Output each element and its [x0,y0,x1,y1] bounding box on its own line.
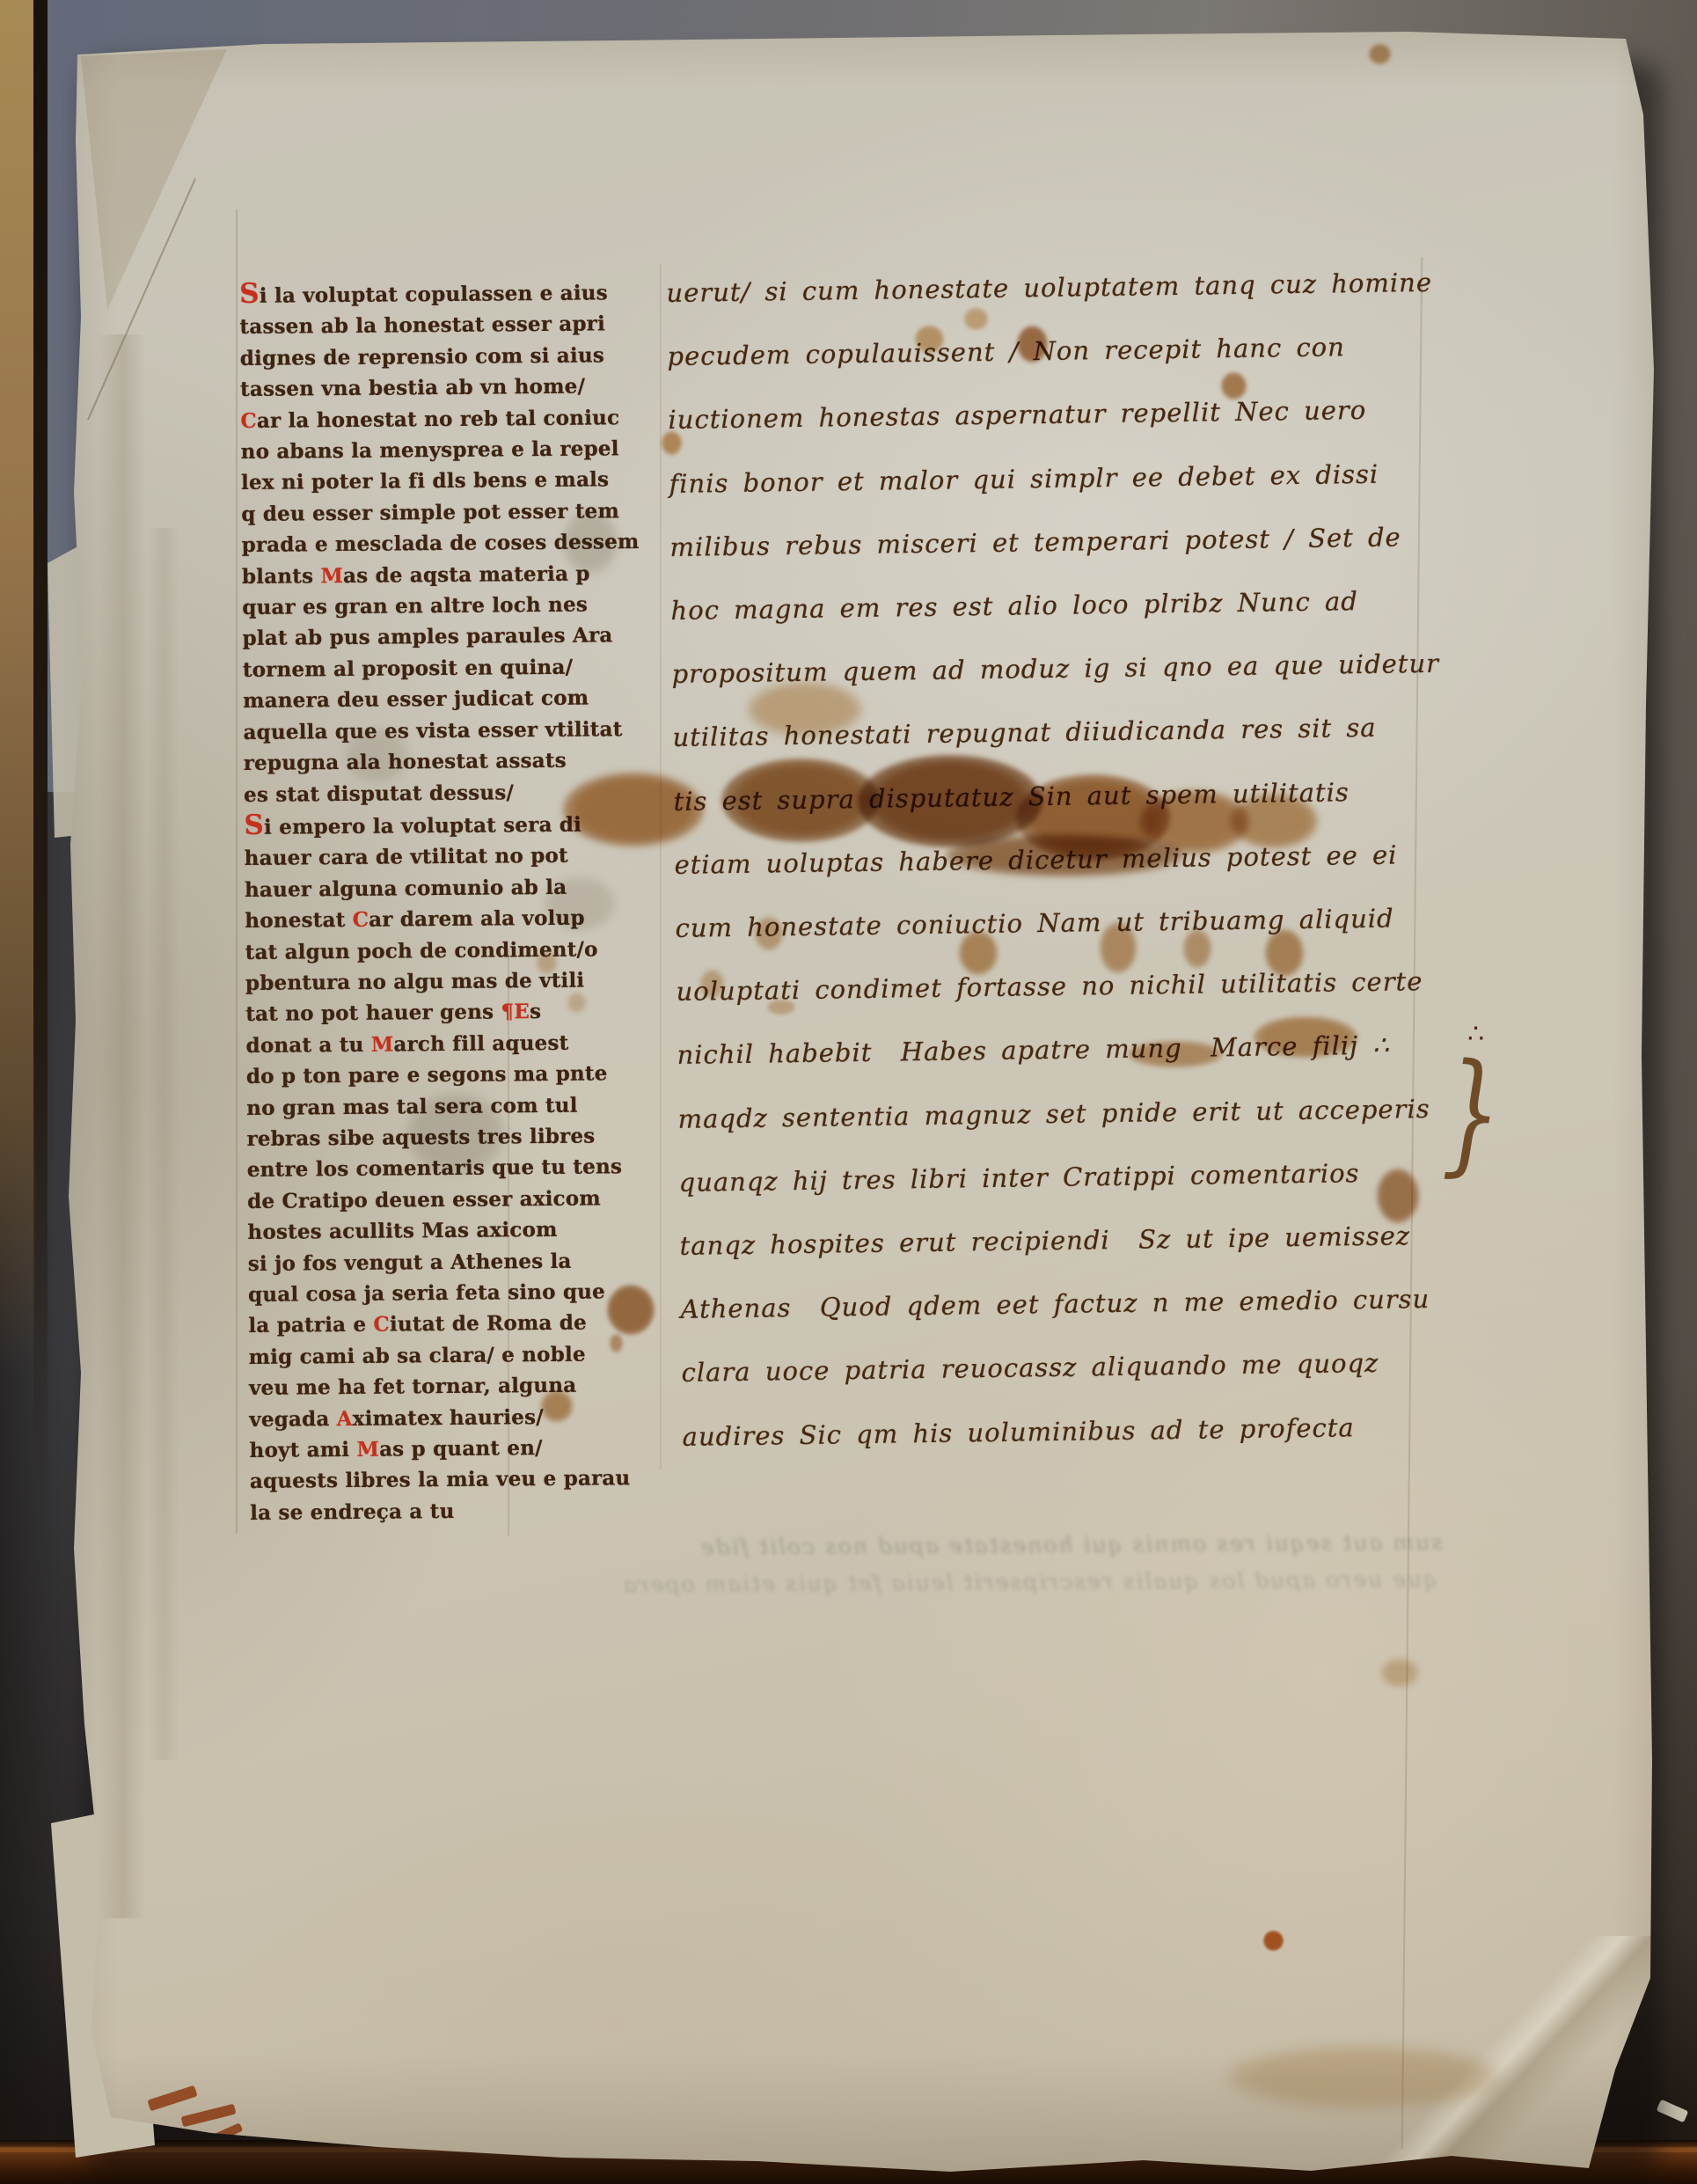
text-line: hauer cara de vtilitat no pot [245,839,640,874]
text-line: do p ton pare e segons ma pnte [246,1058,642,1092]
ink-stain [1183,929,1211,968]
ink-stain [544,876,616,931]
text-line: tanqz hospites erut recipiendi Sz ut ipe… [679,1204,1454,1278]
text-line: tassen vna bestia ab vn home/ [240,370,636,405]
text-line: hoc magna em res est alio loco plribz Nu… [670,568,1445,642]
ink-stain [964,308,988,330]
ink-stain [1227,2046,1500,2109]
ink-stain [1128,1041,1223,1067]
text-line: maqdz sententia magnuz set pnide erit ut… [677,1076,1452,1150]
text-line: si jo fos vengut a Athenes la [248,1245,644,1279]
ruling-line [236,209,238,1534]
text-line: hoyt ami Mas p quant en/ [249,1432,645,1466]
text-line: uerut/ si cum honestate uoluptatem tanq … [666,251,1441,325]
text-line: tassen ab la honestat esser apri [239,308,635,342]
ink-stain [1265,929,1304,977]
text-line: veu me ha fet tornar, alguna [249,1369,645,1403]
ink-stain [755,917,783,950]
ink-stain [1263,1931,1284,1951]
text-line: milibus rebus misceri et temperari potes… [669,504,1445,578]
ink-stain [563,510,618,574]
text-line: pecudem copulauissent / Non recepit hanc… [667,314,1442,388]
ink-stain [567,993,586,1013]
ink-stain [959,931,998,975]
neighbor-book-gap [33,0,48,1496]
text-line: mig cami ab sa clara/ e noble [249,1338,645,1373]
ink-stain [946,834,1183,876]
ink-stain [858,755,1042,847]
ink-stain [610,1334,623,1352]
text-line: dignes de reprensio com si aius [240,340,636,374]
text-line: hostes acullits Mas axicom [247,1213,643,1248]
text-line: Athenas Quod qdem eet factuz n me emedio… [680,1267,1455,1341]
ink-stain [700,970,724,998]
ink-stain [1221,372,1247,399]
text-line: vegada Aximatex hauries/ [249,1401,645,1435]
ink-stain [541,1390,573,1422]
text-line: no abans la menysprea e la repel [241,433,637,467]
text-line: aquella que es vista esser vtilitat [243,714,639,748]
margin-brace: } [1441,1033,1503,1191]
text-line: qual cosa ja seria feta sino que [248,1276,644,1310]
ink-stain [767,1000,795,1015]
text-line: iuctionem honestas aspernatur repellit N… [668,377,1443,451]
text-line: Si la voluptat copulassen e aius [239,275,635,311]
ink-stain [1381,1659,1418,1687]
text-line: tat algun poch de condiment/o [245,934,641,968]
text-line: la patria e Ciutat de Roma de [248,1307,644,1341]
parchment-page: sum aut sequi res omnis qui honestate ap… [0,0,1697,2184]
ink-stain [1254,1016,1357,1058]
text-line: finis bonor et malor qui simplr ee debet… [669,441,1444,515]
ink-stain [1100,922,1137,973]
text-line: tornem al proposit en quina/ [243,651,639,685]
text-line: de Cratipo deuen esser axicom [247,1183,643,1217]
ink-stain [1230,794,1318,848]
ink-stain [662,431,682,455]
text-line: lex ni poter la fi dls bens e mals [241,465,637,499]
ink-stain [563,773,704,846]
wrinkle [148,528,179,1760]
text-line: manera deu esser judicat com [243,682,639,716]
text-line: uoluptati condimet fortasse no nichil ut… [676,949,1451,1023]
text-line: repugna ala honestat assats [244,744,640,779]
neighbor-book-edge [0,0,35,1373]
ink-stain [607,1285,655,1335]
text-line: plat ab pus amples paraules Ara [242,620,638,655]
text-line: cum honestate coniuctio Nam ut tribuamg … [675,886,1450,960]
text-line: clara uoce patria reuocassz aliquando me… [681,1330,1456,1404]
ink-stain [721,759,880,842]
ink-stain [1377,1169,1419,1223]
manuscript-photo: sum aut sequi res omnis qui honestate ap… [0,0,1697,2184]
text-line: aquests libres la mia veu e parau [250,1462,646,1497]
ink-stain [1369,44,1391,64]
text-line: la se endreça a tu [250,1494,646,1528]
ink-stain [1017,326,1048,363]
text-line: quanqz hij tres libri inter Cratippi com… [678,1140,1453,1213]
text-line: donat a tu March fill aquest [245,1027,641,1061]
ink-stain [748,682,862,737]
text-line: Car la honestat no reb tal coniuc [240,402,636,436]
text-line: quar es gran en altre loch nes [242,589,638,623]
ink-stain [406,1093,505,1174]
text-line: audires Sic qm his uoluminibus ad te pro… [682,1394,1457,1468]
wrinkle [99,334,146,1918]
ink-stain [345,729,408,783]
ink-stain [915,326,944,353]
margin-dots: ∴ [1467,1019,1484,1050]
ink-stain [537,950,557,974]
